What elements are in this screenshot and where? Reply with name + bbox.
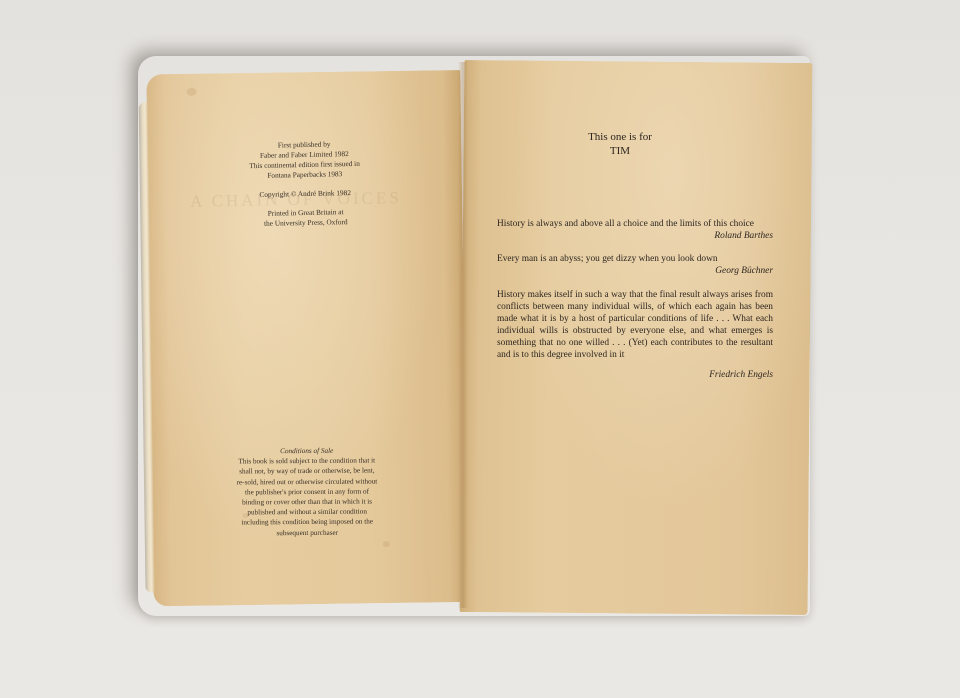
epigraph-attribution: Georg Büchner <box>497 265 773 277</box>
dedication-name: TIM <box>530 144 710 158</box>
epigraph-attribution: Friedrich Engels <box>497 369 773 381</box>
epigraph-quote: Every man is an abyss; you get dizzy whe… <box>497 253 773 265</box>
epigraphs: History is always and above all a choice… <box>497 218 773 381</box>
conditions-line: subsequent purchaser <box>212 527 402 539</box>
dedication: This one is for TIM <box>530 130 710 158</box>
dedication-line: This one is for <box>530 130 710 144</box>
epigraph-attribution: Roland Barthes <box>497 230 773 242</box>
epigraph-buchner: Every man is an abyss; you get dizzy whe… <box>497 253 773 277</box>
conditions-of-sale: Conditions of Sale This book is sold sub… <box>212 445 403 538</box>
conditions-line: re-sold, hired out or otherwise circulat… <box>212 476 402 488</box>
photo-scene: A CHAIN OF VOICES First published by Fab… <box>0 0 960 698</box>
book-gutter <box>458 62 468 608</box>
epigraph-barthes: History is always and above all a choice… <box>497 218 773 242</box>
epigraph-engels: History makes itself in such a way that … <box>497 289 773 381</box>
epigraph-quote: History is always and above all a choice… <box>497 218 773 230</box>
imprint-block: First published by Faber and Faber Limit… <box>199 138 411 230</box>
paper-stain <box>187 88 197 96</box>
epigraph-quote: History makes itself in such a way that … <box>497 289 773 361</box>
paper-stain <box>383 541 390 547</box>
